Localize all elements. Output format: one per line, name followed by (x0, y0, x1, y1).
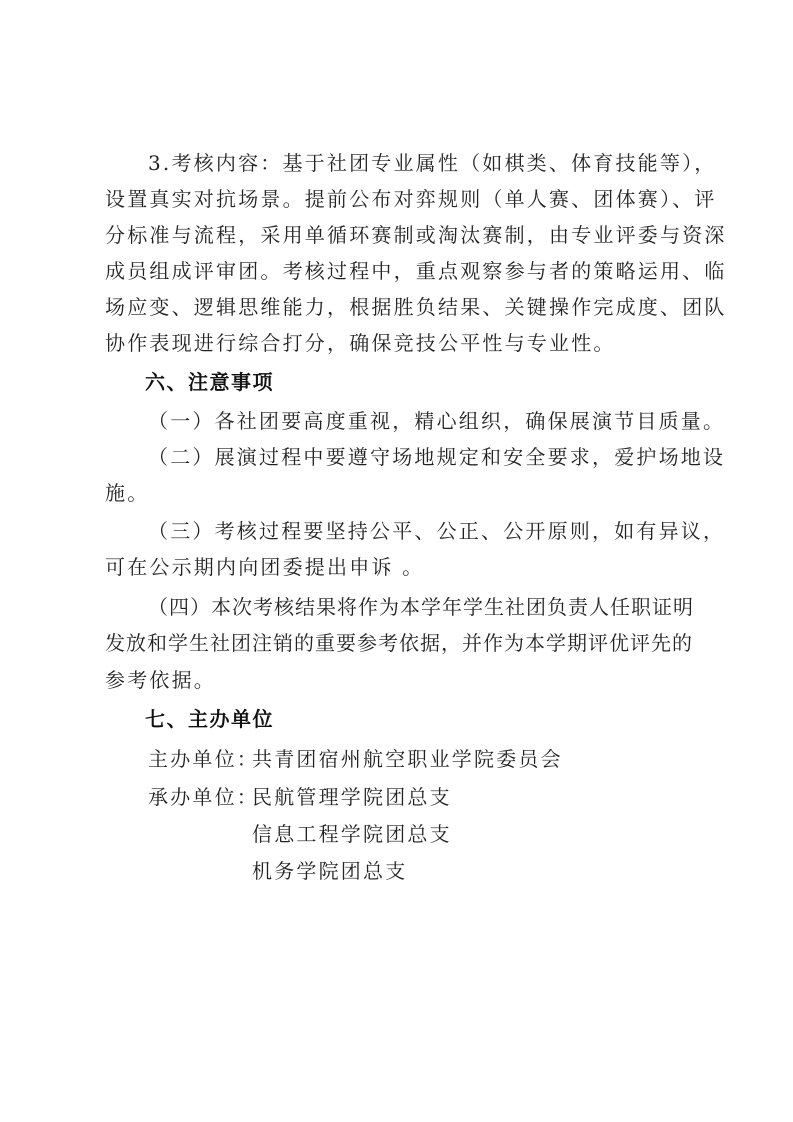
organizer-name: 机务学院团总支 (252, 857, 407, 885)
paragraph-line: 3.考核内容：基于社团专业属性（如棋类、体育技能等）， (148, 149, 689, 177)
paragraph-line: 参考依据。 (105, 666, 216, 694)
paragraph-line: （三）考核过程要坚持公平、公正、公开原则，如有异议， (148, 517, 689, 545)
section-heading-notes: 六、注意事项 (145, 368, 274, 396)
paragraph-line: 成员组成评审团。考核过程中，重点观察参与者的策略运用、临 (105, 257, 689, 285)
paragraph-line: 设置真实对抗场景。提前公布对弈规则（单人赛、团体赛）、评 (105, 185, 689, 213)
paragraph-line: （四）本次考核结果将作为本学年学生社团负责人任职证明 (148, 593, 689, 621)
organizer-label: 承办单位： (148, 783, 259, 811)
paragraph-line: 协作表现进行综合打分，确保竞技公平性与专业性。 (105, 329, 616, 357)
paragraph-line: （一）各社团要高度重视，精心组织，确保展演节目质量。 (148, 407, 689, 435)
section-heading-organizers: 七、主办单位 (145, 705, 274, 733)
paragraph-line: （二）展演过程中要遵守场地规定和安全要求，爱护场地设 (148, 443, 689, 471)
paragraph-line: 场应变、逻辑思维能力，根据胜负结果、关键操作完成度、团队 (105, 293, 689, 321)
host-name: 共青团宿州航空职业学院委员会 (252, 745, 563, 773)
organizer-name: 信息工程学院团总支 (252, 820, 452, 848)
paragraph-line: 施。 (105, 479, 149, 507)
paragraph-line: 分标准与流程，采用单循环赛制或淘汰赛制，由专业评委与资深 (105, 221, 689, 249)
document-page: 3.考核内容：基于社团专业属性（如棋类、体育技能等）， 设置真实对抗场景。提前公… (0, 0, 793, 1122)
host-label: 主办单位： (148, 745, 259, 773)
organizer-name: 民航管理学院团总支 (252, 783, 452, 811)
paragraph-line: 可在公示期内向团委提出申诉 。 (105, 553, 424, 581)
paragraph-line: 发放和学生社团注销的重要参考依据，并作为本学期评优评先的 (105, 629, 689, 657)
